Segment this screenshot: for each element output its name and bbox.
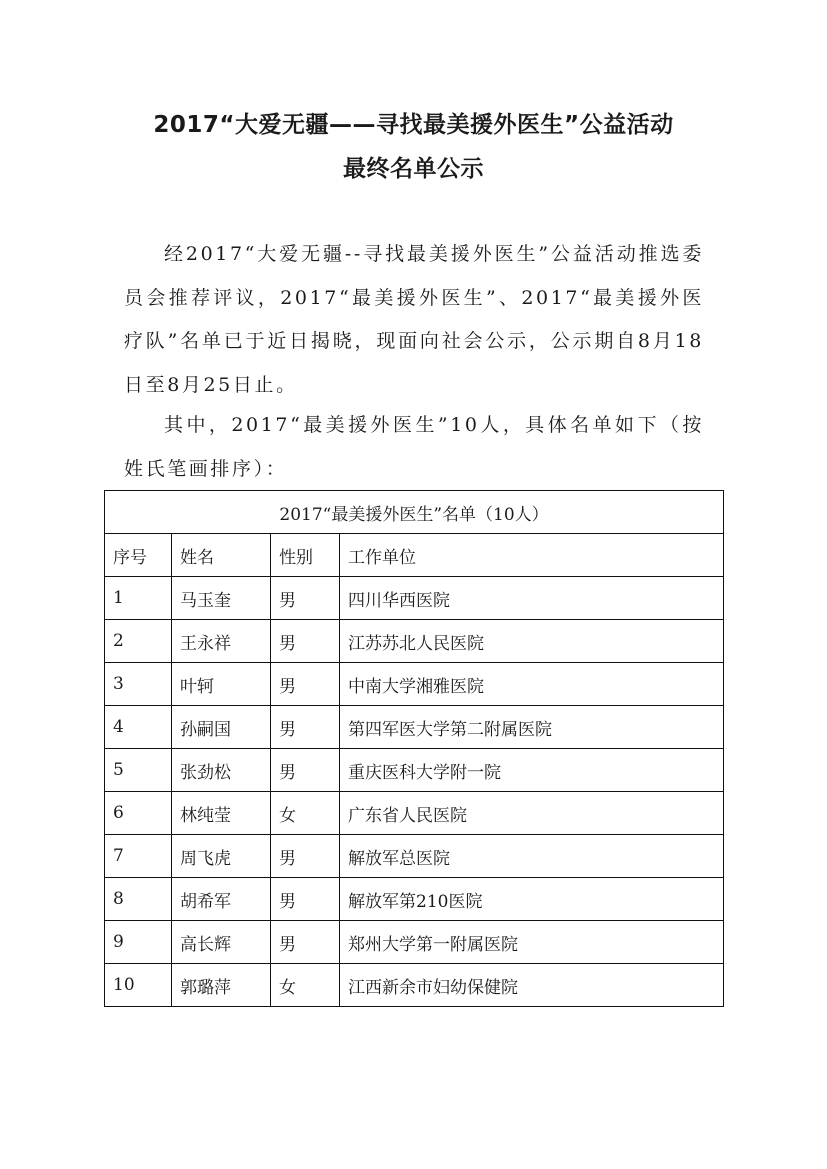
cell-name: 郭璐萍 (172, 964, 271, 1007)
header-workplace: 工作单位 (340, 534, 724, 577)
cell-index: 9 (105, 921, 172, 964)
cell-gender: 女 (271, 792, 340, 835)
doctors-table: 2017“最美援外医生”名单（10人） 序号 姓名 性别 工作单位 1马玉奎男四… (104, 490, 724, 1007)
table-row: 7周飞虎男解放军总医院 (105, 835, 724, 878)
cell-workplace: 重庆医科大学附一院 (340, 749, 724, 792)
cell-index: 10 (105, 964, 172, 1007)
document-subtitle: 最终名单公示 (0, 150, 827, 183)
cell-name: 林纯莹 (172, 792, 271, 835)
cell-index: 7 (105, 835, 172, 878)
cell-gender: 男 (271, 749, 340, 792)
cell-name: 高长辉 (172, 921, 271, 964)
table-caption: 2017“最美援外医生”名单（10人） (105, 491, 724, 534)
cell-index: 6 (105, 792, 172, 835)
cell-index: 1 (105, 577, 172, 620)
cell-index: 8 (105, 878, 172, 921)
cell-name: 孙嗣国 (172, 706, 271, 749)
cell-workplace: 郑州大学第一附属医院 (340, 921, 724, 964)
header-name: 姓名 (172, 534, 271, 577)
header-index: 序号 (105, 534, 172, 577)
cell-index: 5 (105, 749, 172, 792)
cell-gender: 男 (271, 835, 340, 878)
table-row: 9高长辉男郑州大学第一附属医院 (105, 921, 724, 964)
table-row: 5张劲松男重庆医科大学附一院 (105, 749, 724, 792)
cell-name: 胡希军 (172, 878, 271, 921)
cell-gender: 男 (271, 878, 340, 921)
table-row: 4孙嗣国男第四军医大学第二附属医院 (105, 706, 724, 749)
cell-name: 马玉奎 (172, 577, 271, 620)
table-header-row: 序号 姓名 性别 工作单位 (105, 534, 724, 577)
cell-gender: 男 (271, 663, 340, 706)
cell-name: 张劲松 (172, 749, 271, 792)
cell-workplace: 中南大学湘雅医院 (340, 663, 724, 706)
table-row: 8胡希军男解放军第210医院 (105, 878, 724, 921)
cell-workplace: 江西新余市妇幼保健院 (340, 964, 724, 1007)
cell-gender: 男 (271, 706, 340, 749)
table-row: 6林纯莹女广东省人民医院 (105, 792, 724, 835)
intro-paragraph: 经2017“大爱无疆--寻找最美援外医生”公益活动推选委员会推荐评议，2017“… (124, 233, 704, 407)
cell-gender: 男 (271, 620, 340, 663)
header-gender: 性别 (271, 534, 340, 577)
table-row: 3叶轲男中南大学湘雅医院 (105, 663, 724, 706)
cell-index: 4 (105, 706, 172, 749)
cell-workplace: 江苏苏北人民医院 (340, 620, 724, 663)
cell-name: 周飞虎 (172, 835, 271, 878)
table-row: 1马玉奎男四川华西医院 (105, 577, 724, 620)
cell-workplace: 第四军医大学第二附属医院 (340, 706, 724, 749)
cell-gender: 男 (271, 921, 340, 964)
cell-name: 叶轲 (172, 663, 271, 706)
cell-index: 3 (105, 663, 172, 706)
cell-gender: 男 (271, 577, 340, 620)
list-intro-paragraph: 其中，2017“最美援外医生”10人，具体名单如下（按姓氏笔画排序）： (124, 404, 704, 491)
cell-workplace: 解放军第210医院 (340, 878, 724, 921)
document-title: 2017“大爱无疆——寻找最美援外医生”公益活动 (0, 106, 827, 139)
cell-index: 2 (105, 620, 172, 663)
cell-gender: 女 (271, 964, 340, 1007)
cell-workplace: 四川华西医院 (340, 577, 724, 620)
table-row: 2王永祥男江苏苏北人民医院 (105, 620, 724, 663)
cell-name: 王永祥 (172, 620, 271, 663)
table-row: 10郭璐萍女江西新余市妇幼保健院 (105, 964, 724, 1007)
cell-workplace: 广东省人民医院 (340, 792, 724, 835)
cell-workplace: 解放军总医院 (340, 835, 724, 878)
